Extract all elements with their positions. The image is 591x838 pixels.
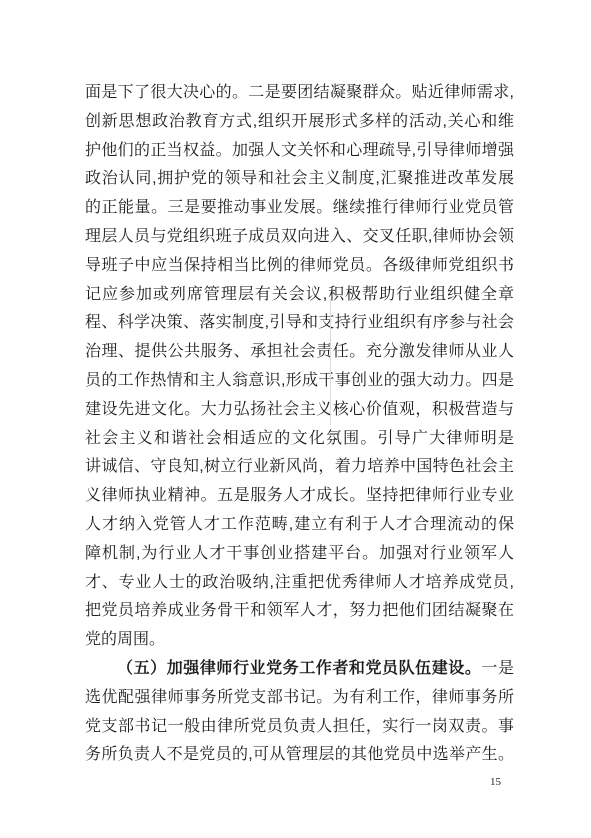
section-heading: （五）加强律师行业党务工作者和党员队伍建设。 xyxy=(117,660,481,677)
page-number: 15 xyxy=(490,775,501,789)
section-heading-tail: 一是 xyxy=(481,660,514,677)
text-line: 党支部书记一般由律所党员负责人担任，实行一岗双责。事 xyxy=(85,713,514,742)
scan-artifact-line xyxy=(330,299,331,425)
section-heading-line: （五）加强律师行业党务工作者和党员队伍建设。一是 xyxy=(85,655,514,684)
text-line: 社会主义和谐社会相适应的文化氛围。引导广大律师明是非、 xyxy=(85,425,514,454)
text-line: 理层人员与党组织班子成员双向进入、交叉任职,律师协会领 xyxy=(85,223,514,252)
text-line: 创新思想政治教育方式,组织开展形式多样的活动,关心和维 xyxy=(85,108,514,137)
text-line: 讲诚信、守良知,树立行业新风尚，着力培养中国特色社会主 xyxy=(85,453,514,482)
text-line: 人才纳入党管人才工作范畴,建立有利于人才合理流动的保 xyxy=(85,511,514,540)
text-line: 把党员培养成业务骨干和领军人才，努力把他们团结凝聚在 xyxy=(85,597,514,626)
document-page: 面是下了很大决心的。二是要团结凝聚群众。贴近律师需求, 创新思想政治教育方式,组… xyxy=(0,0,591,838)
text-line: 党的周围。 xyxy=(85,626,514,655)
text-line: 程、科学决策、落实制度,引导和支持行业组织有序参与社会 xyxy=(85,309,514,338)
text-line: 的正能量。三是要推动事业发展。继续推行律师行业党员管 xyxy=(85,194,514,223)
text-line: 记应参加或列席管理层有关会议,积极帮助行业组织健全章 xyxy=(85,281,514,310)
text-line: 建设先进文化。大力弘扬社会主义核心价值观，积极营造与 xyxy=(85,396,514,425)
text-line: 政治认同,拥护党的领导和社会主义制度,汇聚推进改革发展 xyxy=(85,165,514,194)
text-line: 面是下了很大决心的。二是要团结凝聚群众。贴近律师需求, xyxy=(85,79,514,108)
text-line: 务所负责人不是党员的,可从管理层的其他党员中选举产生。 xyxy=(85,741,514,770)
text-line: 员的工作热情和主人翁意识,形成干事创业的强大动力。四是 xyxy=(85,367,514,396)
text-line: 导班子中应当保持相当比例的律师党员。各级律师党组织书 xyxy=(85,252,514,281)
text-line: 治理、提供公共服务、承担社会责任。充分激发律师从业人 xyxy=(85,338,514,367)
text-line: 才、专业人士的政治吸纳,注重把优秀律师人才培养成党员, xyxy=(85,569,514,598)
text-block: 面是下了很大决心的。二是要团结凝聚群众。贴近律师需求, 创新思想政治教育方式,组… xyxy=(85,79,514,770)
text-line: 护他们的正当权益。加强人文关怀和心理疏导,引导律师增强 xyxy=(85,137,514,166)
text-line: 义律师执业精神。五是服务人才成长。坚持把律师行业专业 xyxy=(85,482,514,511)
text-line: 障机制,为行业人才干事创业搭建平台。加强对行业领军人 xyxy=(85,540,514,569)
text-line: 选优配强律师事务所党支部书记。为有利工作，律师事务所 xyxy=(85,684,514,713)
